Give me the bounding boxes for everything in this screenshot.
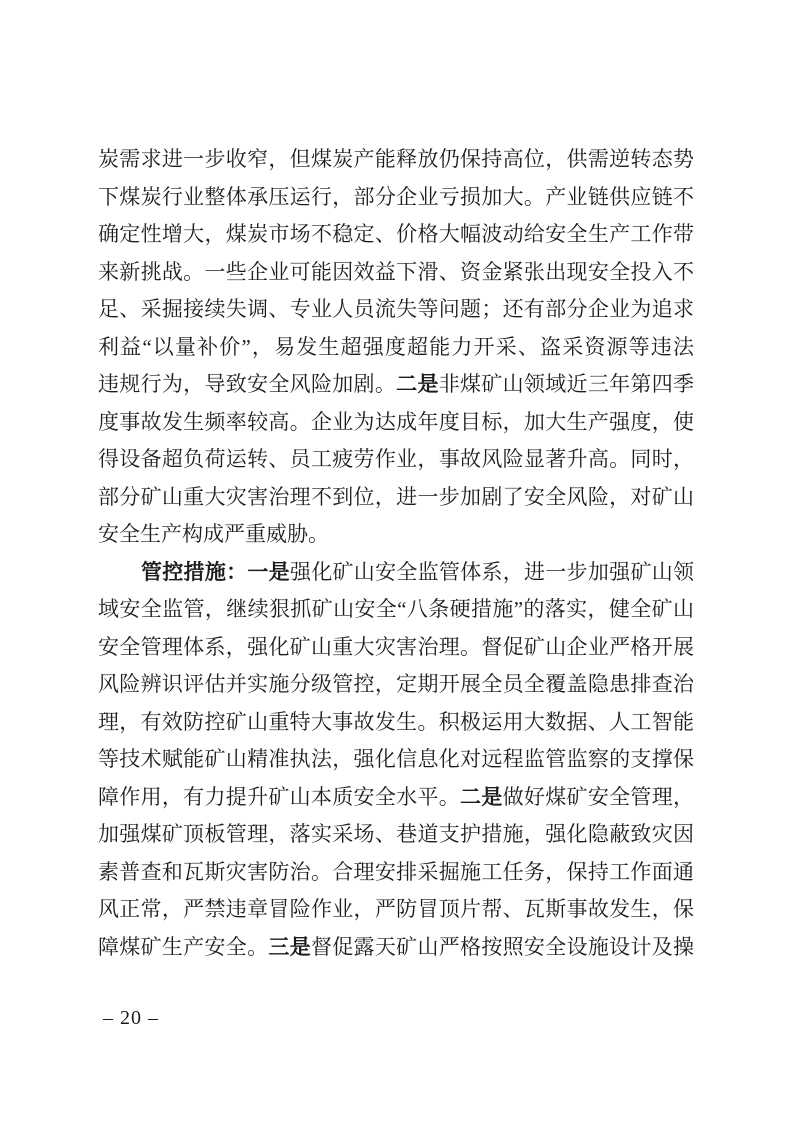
text-run: 素普查和瓦斯灾害防治。合理安排采掘施工任务，保持工作面通 xyxy=(98,860,694,884)
text-run: 得设备超负荷运转、员工疲劳作业，事故风险显著升高。同时， xyxy=(98,447,694,471)
text-run: 风正常，严禁违章冒险作业，严防冒顶片帮、瓦斯事故发生，保 xyxy=(98,897,694,921)
text-line: 度事故发生频率较高。企业为达成年度目标，加大生产强度，使 xyxy=(98,404,694,442)
text-run: 风险辨识评估并实施分级管控，定期开展全员全覆盖隐患排查治 xyxy=(98,672,694,696)
text-line: 确定性增大，煤炭市场不稳定、价格大幅波动给安全生产工作带 xyxy=(98,216,694,254)
text-run: 部分矿山重大灾害治理不到位，进一步加剧了安全风险，对矿山 xyxy=(98,485,694,509)
bold-text-run: 管控措施：一是 xyxy=(141,560,290,584)
text-line: 理，有效防控矿山重特大事故发生。积极运用大数据、人工智能 xyxy=(98,704,694,742)
text-run: 障作用，有力提升矿山本质安全水平。 xyxy=(98,785,460,809)
bold-text-run: 三是 xyxy=(268,935,311,959)
text-run: 度事故发生频率较高。企业为达成年度目标，加大生产强度，使 xyxy=(98,410,694,434)
bold-text-run: 二是 xyxy=(396,372,439,396)
text-run: 做好煤矿安全管理， xyxy=(503,785,694,809)
text-run: 非煤矿山领域近三年第四季 xyxy=(439,372,694,396)
text-line: 障煤矿生产安全。三是督促露天矿山严格按照安全设施设计及操 xyxy=(98,929,694,967)
text-line: 管控措施：一是强化矿山安全监管体系，进一步加强矿山领 xyxy=(98,554,694,592)
text-run: 炭需求进一步收窄，但煤炭产能释放仍保持高位，供需逆转态势 xyxy=(98,147,694,171)
text-run: 加强煤矿顶板管理，落实采场、巷道支护措施，强化隐蔽致灾因 xyxy=(98,822,694,846)
text-run: 等技术赋能矿山精准执法，强化信息化对远程监管监察的支撑保 xyxy=(98,747,694,771)
text-run: 域安全监管，继续狠抓矿山安全“八条硬措施”的落实，健全矿山 xyxy=(98,597,694,621)
text-line: 素普查和瓦斯灾害防治。合理安排采掘施工任务，保持工作面通 xyxy=(98,854,694,892)
text-run: 利益“以量补价”，易发生超强度超能力开采、盗采资源等违法 xyxy=(98,335,694,359)
text-line: 风正常，严禁违章冒险作业，严防冒顶片帮、瓦斯事故发生，保 xyxy=(98,891,694,929)
text-run: 督促露天矿山严格按照安全设施设计及操 xyxy=(311,935,694,959)
text-run: 确定性增大，煤炭市场不稳定、价格大幅波动给安全生产工作带 xyxy=(98,222,694,246)
text-run: 足、采掘接续失调、专业人员流失等问题；还有部分企业为追求 xyxy=(98,297,694,321)
page-number: – 20 – xyxy=(103,1003,159,1033)
text-line: 安全生产构成严重威胁。 xyxy=(98,516,694,554)
text-line: 利益“以量补价”，易发生超强度超能力开采、盗采资源等违法 xyxy=(98,329,694,367)
text-run: 来新挑战。一些企业可能因效益下滑、资金紧张出现安全投入不 xyxy=(98,260,694,284)
text-line: 风险辨识评估并实施分级管控，定期开展全员全覆盖隐患排查治 xyxy=(98,666,694,704)
text-line: 得设备超负荷运转、员工疲劳作业，事故风险显著升高。同时， xyxy=(98,441,694,479)
text-line: 违规行为，导致安全风险加剧。二是非煤矿山领域近三年第四季 xyxy=(98,366,694,404)
bold-text-run: 二是 xyxy=(460,785,503,809)
text-line: 下煤炭行业整体承压运行，部分企业亏损加大。产业链供应链不 xyxy=(98,179,694,217)
text-line: 炭需求进一步收窄，但煤炭产能释放仍保持高位，供需逆转态势 xyxy=(98,141,694,179)
text-run: 障煤矿生产安全。 xyxy=(98,935,268,959)
text-line: 域安全监管，继续狠抓矿山安全“八条硬措施”的落实，健全矿山 xyxy=(98,591,694,629)
text-line: 安全管理体系，强化矿山重大灾害治理。督促矿山企业严格开展 xyxy=(98,629,694,667)
text-line: 来新挑战。一些企业可能因效益下滑、资金紧张出现安全投入不 xyxy=(98,254,694,292)
text-line: 等技术赋能矿山精准执法，强化信息化对远程监管监察的支撑保 xyxy=(98,741,694,779)
text-run: 理，有效防控矿山重特大事故发生。积极运用大数据、人工智能 xyxy=(98,710,694,734)
text-line: 足、采掘接续失调、专业人员流失等问题；还有部分企业为追求 xyxy=(98,291,694,329)
text-run: 违规行为，导致安全风险加剧。 xyxy=(98,372,396,396)
text-line: 加强煤矿顶板管理，落实采场、巷道支护措施，强化隐蔽致灾因 xyxy=(98,816,694,854)
text-line: 障作用，有力提升矿山本质安全水平。二是做好煤矿安全管理， xyxy=(98,779,694,817)
text-run: 强化矿山安全监管体系，进一步加强矿山领 xyxy=(290,560,694,584)
document-body: 炭需求进一步收窄，但煤炭产能释放仍保持高位，供需逆转态势下煤炭行业整体承压运行，… xyxy=(98,141,694,966)
text-run: 安全管理体系，强化矿山重大灾害治理。督促矿山企业严格开展 xyxy=(98,635,694,659)
text-run: 安全生产构成严重威胁。 xyxy=(98,522,329,546)
document-page: 炭需求进一步收窄，但煤炭产能释放仍保持高位，供需逆转态势下煤炭行业整体承压运行，… xyxy=(0,0,793,1122)
text-line: 部分矿山重大灾害治理不到位，进一步加剧了安全风险，对矿山 xyxy=(98,479,694,517)
text-run: 下煤炭行业整体承压运行，部分企业亏损加大。产业链供应链不 xyxy=(98,185,694,209)
